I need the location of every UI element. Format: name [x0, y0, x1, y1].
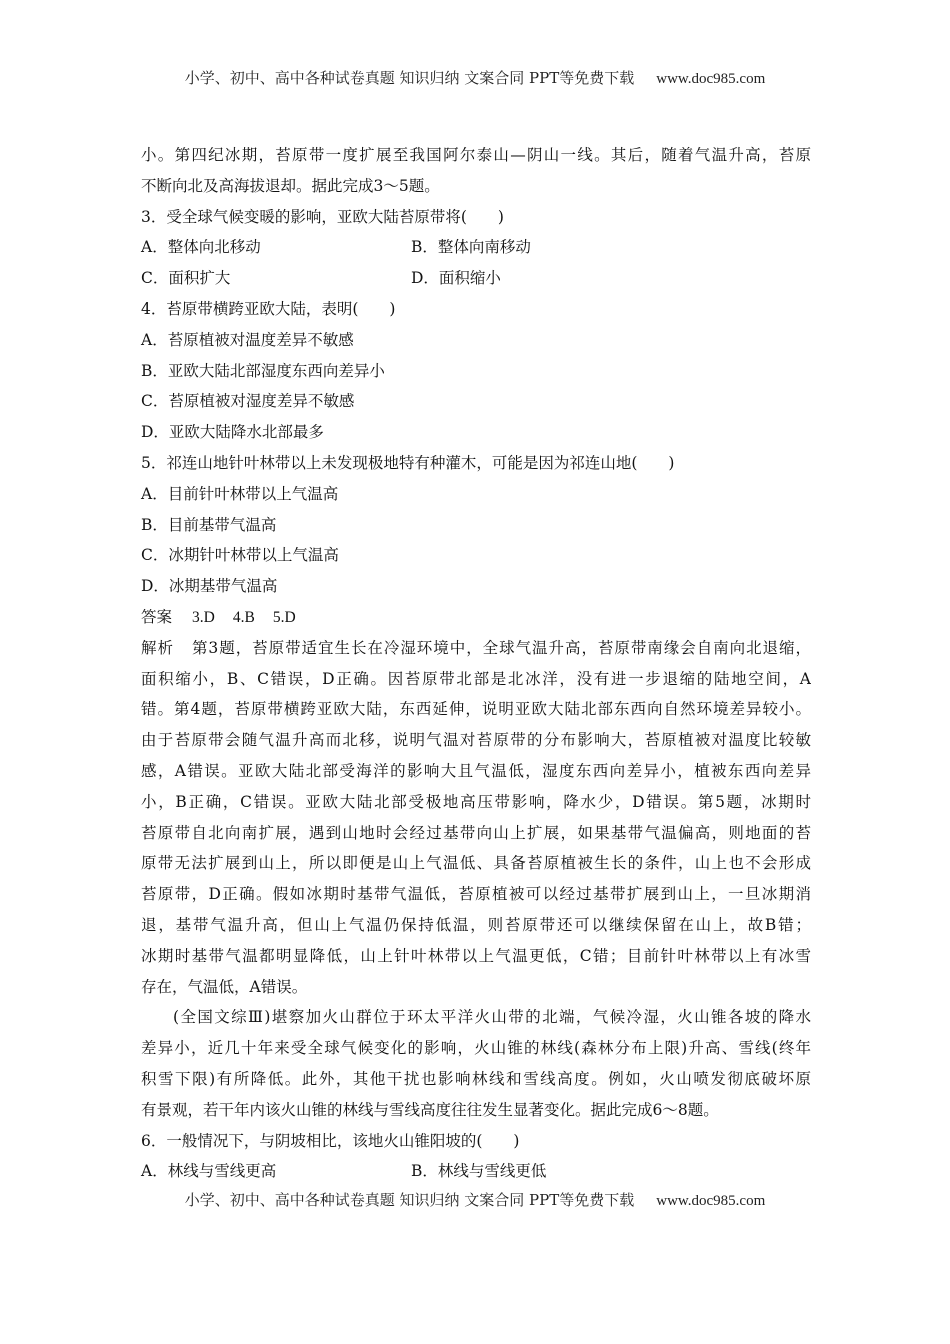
option-b: B．整体向南移动	[411, 232, 681, 263]
question-stem: 6．一般情况下，与阴坡相比，该地火山锥阳坡的( )	[141, 1126, 811, 1157]
analysis-line: 冰期时基带气温都明显降低，山上针叶林带以上气温更低，C错；目前针叶林带以上有冰雪	[141, 941, 811, 972]
option-c: C．面积扩大	[141, 263, 411, 294]
analysis-section: 解析第3题，苔原带适宜生长在冷湿环境中，全球气温升高，苔原带南缘会自南向北退缩，…	[141, 633, 811, 1003]
question-4: 4．苔原带横跨亚欧大陆，表明( ) A．苔原植被对温度差异不敏感 B．亚欧大陆北…	[141, 294, 811, 448]
analysis-line: 面积缩小，B、C错误，D正确。因苔原带北部是北冰洋，没有进一步退缩的陆地空间，A	[141, 664, 811, 695]
question-3: 3．受全球气候变暖的影响，亚欧大陆苔原带将( ) A．整体向北移动 B．整体向南…	[141, 202, 811, 294]
passage-line: 小。第四纪冰期，苔原带一度扩展至我国阿尔泰山—阴山一线。其后，随着气温升高，苔原	[141, 140, 811, 171]
option-a: A．整体向北移动	[141, 232, 411, 263]
analysis-line: 苔原带，D正确。假如冰期时基带气温低，苔原植被可以经过基带扩展到山上，一旦冰期消	[141, 879, 811, 910]
answer-item: 3.D	[192, 609, 215, 626]
analysis-line: 由于苔原带会随气温升高而北移，说明气温对苔原带的分布影响大，苔原植被对温度比较敏	[141, 725, 811, 756]
intro-passage: 小。第四纪冰期，苔原带一度扩展至我国阿尔泰山—阴山一线。其后，随着气温升高，苔原…	[141, 140, 811, 202]
analysis-line: 原带无法扩展到山上，所以即便是山上气温低、具备苔原植被生长的条件，山上也不会形成	[141, 848, 811, 879]
analysis-line: 错。第4题，苔原带横跨亚欧大陆，东西延伸，说明亚欧大陆北部东西向自然环境差异较小…	[141, 694, 811, 725]
option-b: B．亚欧大陆北部湿度东西向差异小	[141, 356, 811, 387]
option-a: A．林线与雪线更高	[141, 1156, 411, 1187]
analysis-line: 存在，气温低，A错误。	[141, 972, 811, 1003]
answer-item: 4.B	[233, 609, 255, 626]
option-d: D．亚欧大陆降水北部最多	[141, 417, 811, 448]
answer-line: 答案3.D4.B5.D	[141, 602, 811, 633]
analysis-text: 第3题，苔原带适宜生长在冷湿环境中，全球气温升高，苔原带南缘会自南向北退缩，	[192, 639, 811, 657]
option-c: C．冰期针叶林带以上气温高	[141, 540, 811, 571]
answer-item: 5.D	[273, 609, 296, 626]
passage-2: (全国文综Ⅲ)堪察加火山群位于环太平洋火山带的北端，气候冷湿，火山锥各坡的降水 …	[141, 1002, 811, 1125]
question-5: 5．祁连山地针叶林带以上未发现极地特有种灌木，可能是因为祁连山地( ) A．目前…	[141, 448, 811, 602]
header-site-link[interactable]: www.doc985.com	[656, 71, 765, 87]
page-footer: 小学、初中、高中各种试卷真题 知识归纳 文案合同 PPT等免费下载www.doc…	[0, 1190, 950, 1211]
document-body: 小。第四纪冰期，苔原带一度扩展至我国阿尔泰山—阴山一线。其后，随着气温升高，苔原…	[141, 140, 811, 1187]
passage-line: 积雪下限)有所降低。此外，其他干扰也影响林线和雪线高度。例如，火山喷发彻底破坏原	[141, 1064, 811, 1095]
analysis-line: 退，基带气温升高，但山上气温仍保持低温，则苔原带还可以继续保留在山上，故B错；	[141, 910, 811, 941]
option-b: B．林线与雪线更低	[411, 1156, 681, 1187]
question-stem: 4．苔原带横跨亚欧大陆，表明( )	[141, 294, 811, 325]
option-b: B．目前基带气温高	[141, 510, 811, 541]
analysis-line: 感，A错误。亚欧大陆北部受海洋的影响大且气温低，湿度东西向差异小，植被东西向差异	[141, 756, 811, 787]
option-a: A．目前针叶林带以上气温高	[141, 479, 811, 510]
question-6: 6．一般情况下，与阴坡相比，该地火山锥阳坡的( ) A．林线与雪线更高 B．林线…	[141, 1126, 811, 1188]
footer-text: 小学、初中、高中各种试卷真题 知识归纳 文案合同 PPT等免费下载	[185, 1191, 635, 1209]
header-text: 小学、初中、高中各种试卷真题 知识归纳 文案合同 PPT等免费下载	[185, 69, 635, 87]
analysis-label: 解析	[141, 639, 174, 657]
analysis-line: 小，B正确，C错误。亚欧大陆北部受极地高压带影响，降水少，D错误。第5题，冰期时	[141, 787, 811, 818]
passage-line: 差异小，近几十年来受全球气候变化的影响，火山锥的林线(森林分布上限)升高、雪线(…	[141, 1033, 811, 1064]
analysis-line: 解析第3题，苔原带适宜生长在冷湿环境中，全球气温升高，苔原带南缘会自南向北退缩，	[141, 633, 811, 664]
passage-line: 有景观，若干年内该火山锥的林线与雪线高度往往发生显著变化。据此完成6～8题。	[141, 1095, 811, 1126]
passage-line: (全国文综Ⅲ)堪察加火山群位于环太平洋火山带的北端，气候冷湿，火山锥各坡的降水	[141, 1002, 811, 1033]
page-header: 小学、初中、高中各种试卷真题 知识归纳 文案合同 PPT等免费下载www.doc…	[0, 68, 950, 89]
analysis-line: 苔原带自北向南扩展，遇到山地时会经过基带向山上扩展，如果基带气温偏高，则地面的苔	[141, 818, 811, 849]
option-row: A．整体向北移动 B．整体向南移动	[141, 232, 811, 263]
answer-label: 答案	[141, 608, 172, 626]
option-d: D．冰期基带气温高	[141, 571, 811, 602]
option-a: A．苔原植被对温度差异不敏感	[141, 325, 811, 356]
passage-line: 不断向北及高海拔退却。据此完成3～5题。	[141, 171, 811, 202]
question-stem: 5．祁连山地针叶林带以上未发现极地特有种灌木，可能是因为祁连山地( )	[141, 448, 811, 479]
question-stem: 3．受全球气候变暖的影响，亚欧大陆苔原带将( )	[141, 202, 811, 233]
footer-site-link[interactable]: www.doc985.com	[656, 1193, 765, 1209]
option-c: C．苔原植被对湿度差异不敏感	[141, 386, 811, 417]
option-row: C．面积扩大 D．面积缩小	[141, 263, 811, 294]
option-d: D．面积缩小	[411, 263, 681, 294]
option-row: A．林线与雪线更高 B．林线与雪线更低	[141, 1156, 811, 1187]
